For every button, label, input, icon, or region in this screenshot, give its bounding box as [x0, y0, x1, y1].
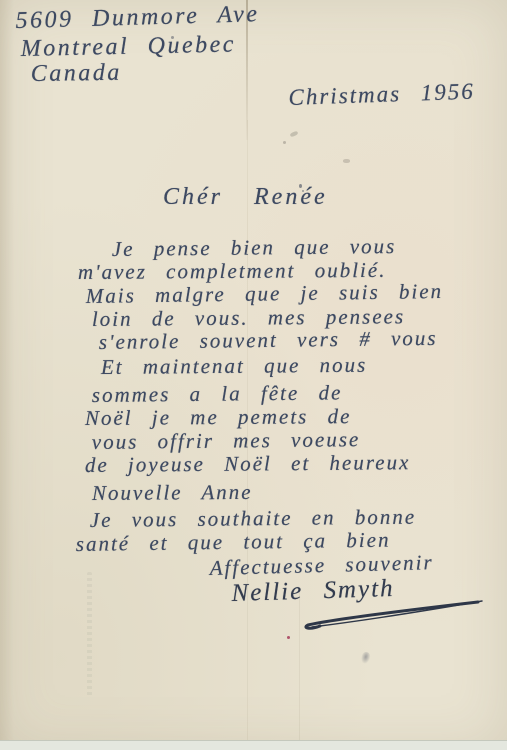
date-line: Christmas 1956	[288, 79, 475, 111]
body-line: de joyeuse Noël et heureux	[85, 450, 411, 478]
paper-smudge	[290, 130, 299, 137]
body-line: s'enrole souvent vers # vous	[99, 326, 438, 355]
paper-bottom-edge	[0, 740, 507, 750]
address-line-3: Canada	[31, 60, 122, 88]
body-line: Nouvelle Anne	[92, 480, 253, 506]
grey-smudge	[360, 651, 372, 665]
address-line-2: Montreal Quebec	[20, 31, 236, 63]
address-line-1: 5609 Dunmore Ave	[15, 1, 260, 35]
red-dot-mark	[287, 636, 290, 639]
body-line: Et maintenat que nous	[101, 353, 368, 380]
signature-underline-flourish	[250, 596, 490, 632]
salutation: Chér Renée	[163, 184, 328, 211]
letter-scan: 5609 Dunmore Ave Montreal Quebec Canada …	[0, 0, 507, 750]
paper-watermark	[87, 572, 92, 697]
paper-speck	[283, 141, 286, 144]
paper-smudge	[343, 159, 350, 163]
